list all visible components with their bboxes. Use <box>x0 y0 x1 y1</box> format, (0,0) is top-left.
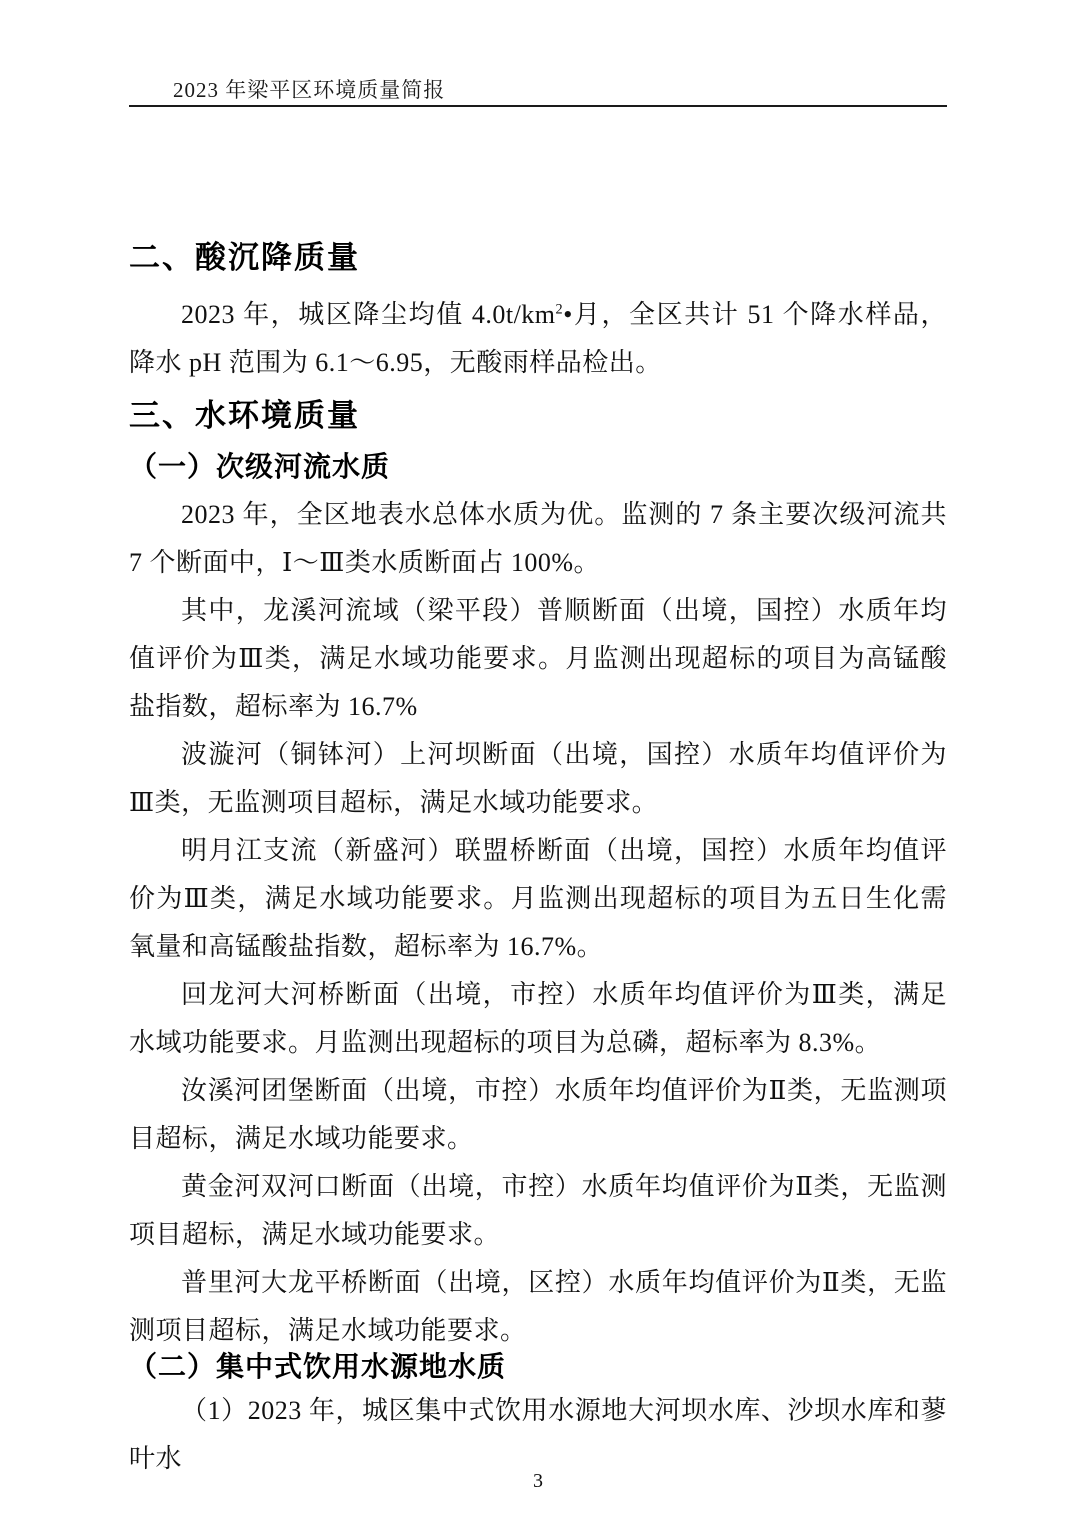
paragraph-longxi-river: 其中，龙溪河流域（梁平段）普顺断面（出境，国控）水质年均值评价为Ⅲ类，满足水域功… <box>129 587 947 731</box>
paragraph-huilong-river: 回龙河大河桥断面（出境，市控）水质年均值评价为Ⅲ类，满足水域功能要求。月监测出现… <box>129 971 947 1067</box>
paragraph-rivers-overview: 2023 年，全区地表水总体水质为优。监测的 7 条主要次级河流共 7 个断面中… <box>129 491 947 587</box>
paragraph-huangjin-river: 黄金河双河口断面（出境，市控）水质年均值评价为Ⅱ类，无监测项目超标，满足水域功能… <box>129 1163 947 1259</box>
subsection-heading-drinking-water-sources: （二）集中式饮用水源地水质 <box>129 1343 947 1391</box>
subsection-heading-secondary-rivers: （一）次级河流水质 <box>129 443 947 491</box>
paragraph-acid-deposition: 2023 年，城区降尘均值 4.0t/km2•月，全区共计 51 个降水样品，降… <box>129 291 947 387</box>
section-heading-water-environment: 三、水环境质量 <box>129 392 947 440</box>
page-header: 2023 年梁平区环境质量简报 <box>129 0 947 107</box>
section-heading-acid-deposition: 二、酸沉降质量 <box>129 234 947 282</box>
paragraph-ruxi-river: 汝溪河团堡断面（出境，市控）水质年均值评价为Ⅱ类，无监测项目超标，满足水域功能要… <box>129 1067 947 1163</box>
paragraph-puli-river: 普里河大龙平桥断面（出境，区控）水质年均值评价为Ⅱ类，无监测项目超标，满足水域功… <box>129 1259 947 1355</box>
paragraph-mingyuejiang-tributary: 明月江支流（新盛河）联盟桥断面（出境，国控）水质年均值评价为Ⅲ类，满足水域功能要… <box>129 827 947 971</box>
document-page: 2023 年梁平区环境质量简报 二、酸沉降质量 2023 年，城区降尘均值 4.… <box>0 0 1074 1520</box>
page-number: 3 <box>129 1469 947 1493</box>
acid-paragraph-text-before-superscript: 2023 年，城区降尘均值 4.0t/km <box>181 300 556 329</box>
paragraph-boxuan-river: 波漩河（铜钵河）上河坝断面（出境，国控）水质年均值评价为Ⅲ类，无监测项目超标，满… <box>129 731 947 827</box>
header-title: 2023 年梁平区环境质量简报 <box>129 75 947 105</box>
document-body: 二、酸沉降质量 2023 年，城区降尘均值 4.0t/km2•月，全区共计 51… <box>129 234 947 1493</box>
